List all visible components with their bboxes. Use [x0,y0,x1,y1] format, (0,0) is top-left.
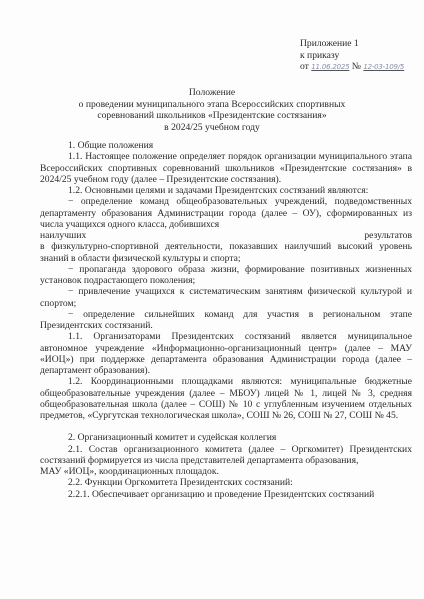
title-line-1: Положение [40,87,384,99]
paragraph-1-2: 1.2. Основными целями и задачами Президе… [40,185,412,196]
title-line-2: о проведении муниципального этапа Всерос… [40,99,384,111]
section-1-heading: 1. Общие положения [40,140,412,151]
word-best: наилучших [40,230,86,241]
goal-bullet-1-cont: в физкультурно-спортивной деятельности, … [40,241,412,264]
paragraph-2-1-cont: МАУ «ИОЦ», координационных площадок. [40,466,412,477]
number-label: № [352,61,361,72]
order-date-number: от 11.06.2025 № 12-03-109/5 [300,61,404,74]
goal-bullet-2: − пропаганда здорового образа жизни, фор… [40,264,412,287]
handwritten-number: 12-03-109/5 [363,63,404,71]
document-page: Приложение 1 к приказу от 11.06.2025 № 1… [0,0,424,599]
document-title: Положение о проведении муниципального эт… [40,87,384,133]
goal-bullet-3: − привлечение учащихся к систематическим… [40,286,412,309]
paragraph-2-1: 2.1. Состав организационного комитета (д… [40,444,412,467]
order-label: к приказу [300,50,404,62]
section-2-heading: 2. Организационный комитет и судейская к… [40,432,412,443]
goal-bullet-1-break: наилучших результатов [40,230,412,241]
paragraph-2-2-1: 2.2.1. Обеспечивает организацию и провед… [40,489,412,500]
appendix-header: Приложение 1 к приказу от 11.06.2025 № 1… [300,38,404,74]
paragraph-2-2: 2.2. Функции Оргкомитета Президентских с… [40,477,412,488]
spacer [40,421,412,432]
appendix-label: Приложение 1 [300,38,404,50]
paragraph-venues: 1.2. Координационными площадками являютс… [40,376,412,421]
handwritten-date: 11.06.2025 [311,63,349,71]
goal-bullet-4: − определение сильнейших команд для учас… [40,309,412,332]
word-results: результатов [364,230,412,241]
paragraph-1-1: 1.1. Настоящее положение определяет поря… [40,151,412,185]
document-body: 1. Общие положения 1.1. Настоящее положе… [40,140,412,500]
title-line-4: в 2024/25 учебном году [40,122,384,134]
paragraph-organizers: 1.1. Организаторами Президентских состяз… [40,331,412,376]
title-line-3: соревнований школьников «Президентские с… [40,110,384,122]
goal-bullet-1: − определение команд общеобразовательных… [40,196,412,230]
from-label: от [300,61,309,72]
